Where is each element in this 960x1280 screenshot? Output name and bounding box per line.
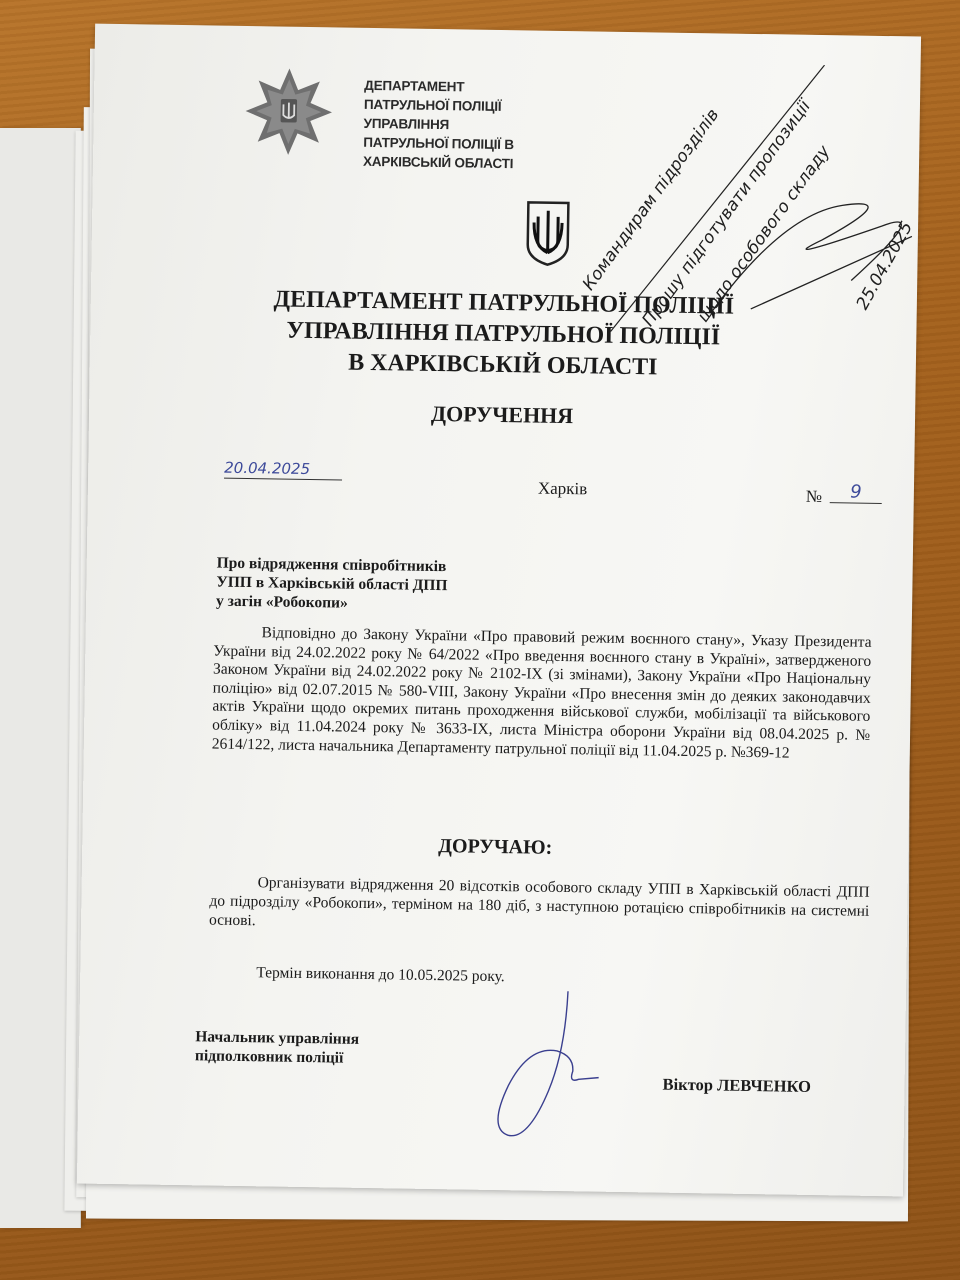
document-page: ДЕПАРТАМЕНТ ПАТРУЛЬНОЇ ПОЛІЦІЇ УПРАВЛІНН… [77, 24, 921, 1197]
signatory-title-line: підполковник поліції [195, 1046, 359, 1068]
letterhead-line: УПРАВЛІННЯ [363, 114, 514, 135]
letterhead-text: ДЕПАРТАМЕНТ ПАТРУЛЬНОЇ ПОЛІЦІЇ УПРАВЛІНН… [363, 76, 515, 173]
subject-line: у загін «Робокопи» [216, 592, 447, 615]
document-city: Харків [538, 479, 588, 500]
preamble-paragraph: Відповідно до Закону України «Про правов… [212, 624, 872, 764]
order-text: Організувати відрядження 20 відсотків ос… [209, 874, 870, 929]
resolution-line: Командирам підрозділів [579, 105, 724, 294]
number-label: № [806, 487, 823, 507]
document-number: 9 [830, 481, 882, 504]
document-type: ДОРУЧЕННЯ [89, 396, 915, 435]
handwritten-signature [438, 989, 640, 1142]
letterhead-line: ДЕПАРТАМЕНТ [364, 76, 515, 97]
police-star-emblem-icon [243, 66, 334, 157]
document-date: 20.04.2025 [224, 459, 342, 481]
order-paragraph: Організувати відрядження 20 відсотків ос… [209, 872, 870, 939]
department-title: ДЕПАРТАМЕНТ ПАТРУЛЬНОЇ ПОЛІЦІЇ УПРАВЛІНН… [90, 282, 917, 388]
order-heading: ДОРУЧАЮ: [82, 829, 908, 865]
signatory-title-line: Начальник управління [195, 1027, 359, 1049]
letterhead-line: ПАТРУЛЬНОЇ ПОЛІЦІЇ В [363, 133, 514, 154]
letterhead-line: ХАРКІВСЬКІЙ ОБЛАСТІ [363, 152, 514, 173]
signatory-title: Начальник управління підполковник поліці… [195, 1027, 359, 1068]
preamble-text: Відповідно до Закону України «Про правов… [212, 624, 872, 761]
signatory-name: Віктор ЛЕВЧЕНКО [662, 1075, 811, 1097]
deadline-text: Термін виконання до 10.05.2025 року. [256, 964, 505, 986]
letterhead-line: ПАТРУЛЬНОЇ ПОЛІЦІЇ [364, 95, 515, 116]
document-subject: Про відрядження співробітників УПП в Хар… [216, 554, 448, 615]
